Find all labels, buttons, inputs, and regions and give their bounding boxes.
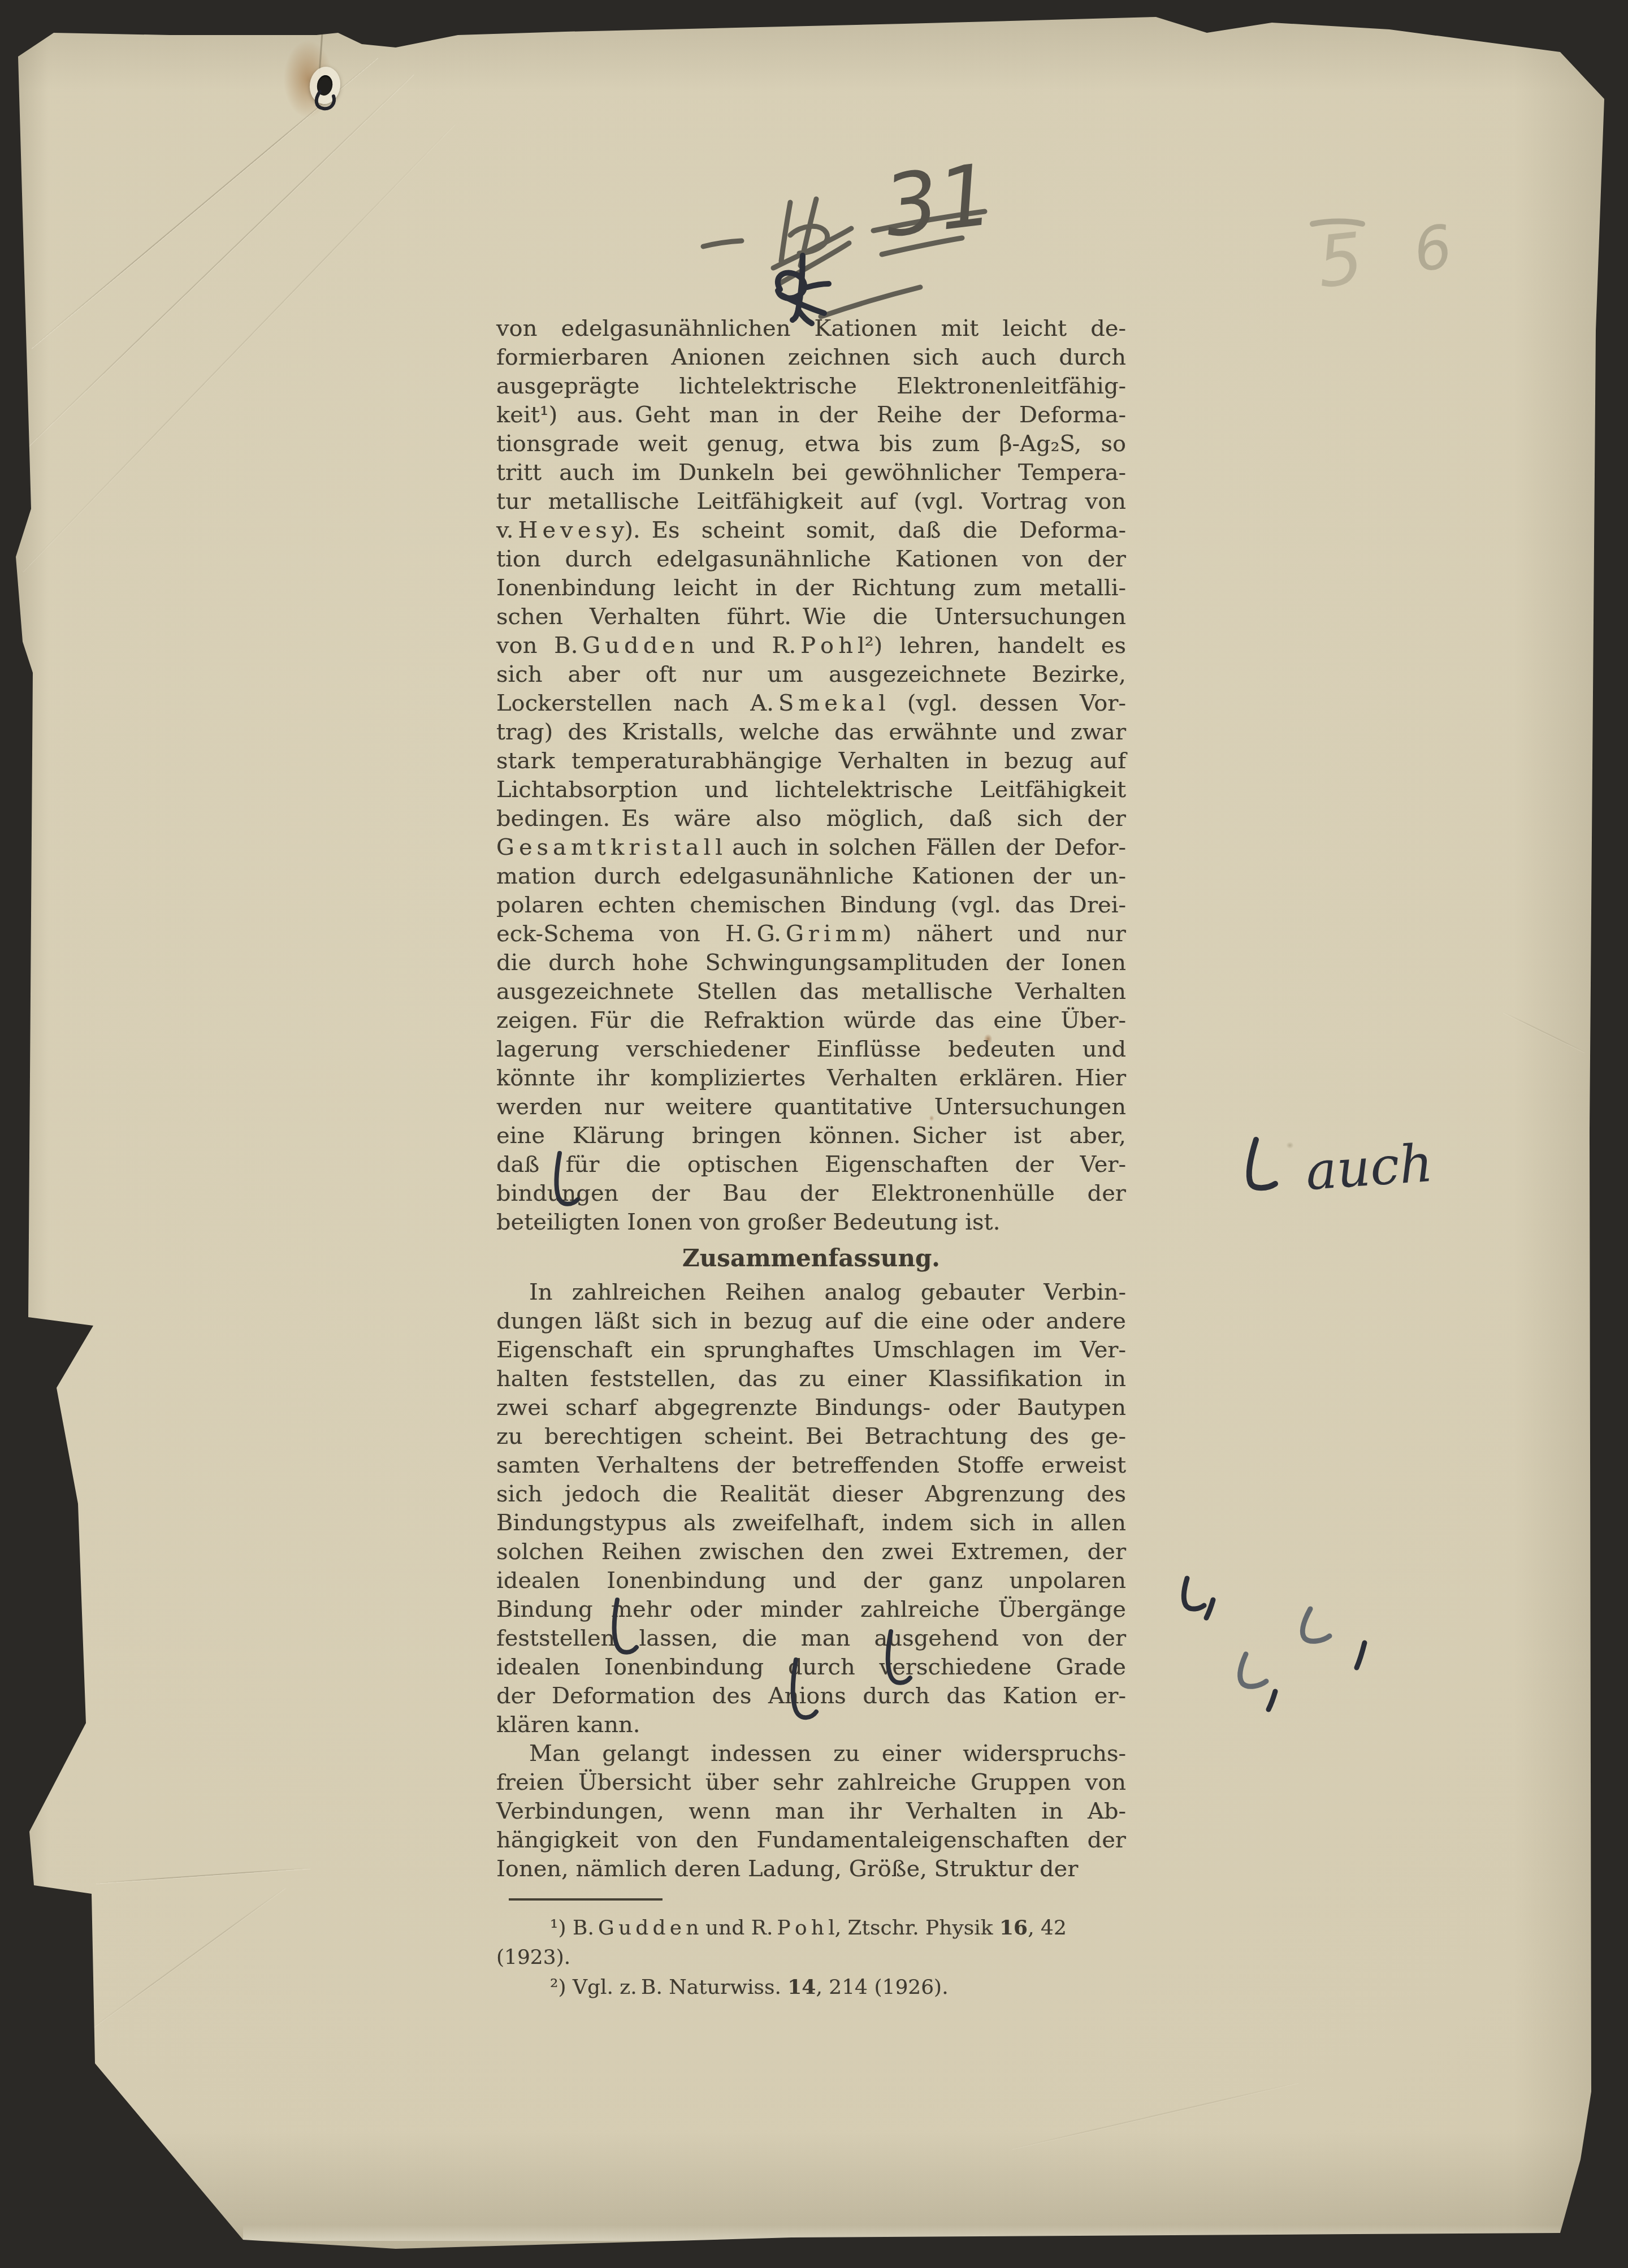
footnote-rule bbox=[509, 1898, 663, 1901]
body-line: Man gelangt indessen zu einer widerspruc… bbox=[496, 1739, 1126, 1768]
margin-caret-icon bbox=[1302, 1609, 1330, 1641]
footnotes: ¹) B. G u d d e n und R. P o h l, Ztschr… bbox=[496, 1913, 1126, 2002]
body-line: schen Verhalten führt. Wie die Untersuch… bbox=[496, 603, 1126, 631]
footnote-2-pages: , 214 (1926). bbox=[816, 1976, 948, 1999]
body-line: halten feststellen, das zu einer Klassif… bbox=[496, 1365, 1126, 1393]
body-line: daß für die optischen Eigenschaften der … bbox=[496, 1150, 1126, 1179]
body-line: formierbaren Anionen zeichnen sich auch … bbox=[496, 343, 1126, 372]
body-line: ausgezeichnete Stellen das metallische V… bbox=[496, 977, 1126, 1006]
handwritten-page-number: 31 bbox=[879, 146, 998, 257]
body-line: idealen Ionenbindung durch verschiedene … bbox=[496, 1653, 1126, 1682]
body-line: idealen Ionenbindung und der ganz unpola… bbox=[496, 1566, 1126, 1595]
bottom-edge-highlight bbox=[243, 2225, 1560, 2241]
body-line: zu berechtigen scheint. Bei Betrachtung … bbox=[496, 1422, 1126, 1451]
body-line: tion durch edelgasunähnliche Kationen vo… bbox=[496, 545, 1126, 574]
body-line: sich aber oft nur um ausgezeichnete Bezi… bbox=[496, 660, 1126, 689]
body-line: Verbindungen, wenn man ihr Verhalten in … bbox=[496, 1797, 1126, 1826]
body-line: solchen Reihen zwischen den zwei Extreme… bbox=[496, 1538, 1126, 1566]
faint-number-5: 5 bbox=[1314, 218, 1367, 304]
body-line: polaren echten chemischen Bindung (vgl. … bbox=[496, 891, 1126, 920]
body-line: freien Übersicht über sehr zahlreiche Gr… bbox=[496, 1768, 1126, 1797]
body-line: Bindungstypus als zweifelhaft, indem sic… bbox=[496, 1509, 1126, 1538]
section-heading: Zusammenfassung. bbox=[496, 1244, 1126, 1272]
margin-caret-icon bbox=[1249, 1140, 1275, 1188]
body-line: beteiligten Ionen von großer Bedeutung i… bbox=[496, 1208, 1126, 1237]
crease-line bbox=[1012, 2082, 1298, 2149]
faint-number-6: 6 bbox=[1409, 212, 1456, 285]
body-line: Ionenbindung leicht in der Richtung zum … bbox=[496, 574, 1126, 603]
comma-mark-icon bbox=[1268, 1691, 1275, 1709]
body-line: samten Verhaltens der betreffenden Stoff… bbox=[496, 1451, 1126, 1480]
body-line: lagerung verschiedener Einflüsse bedeute… bbox=[496, 1035, 1126, 1064]
body-line: werden nur weitere quantitative Untersuc… bbox=[496, 1093, 1126, 1122]
body-line: tionsgrade weit genug, etwa bis zum β-Ag… bbox=[496, 430, 1126, 458]
footnote-2: ²) Vgl. z. B. Naturwiss. 14, 214 (1926). bbox=[496, 1972, 1126, 2002]
margin-caret-icon bbox=[1184, 1578, 1204, 1609]
paragraph-c: Man gelangt indessen zu einer widerspruc… bbox=[496, 1739, 1126, 1884]
paper-sheet: von edelgasunähnlichen Kationen mit leic… bbox=[0, 0, 1628, 2268]
body-line: eck-Schema von H. G. G r i m m) nähert u… bbox=[496, 920, 1126, 949]
paragraph-b: In zahlreichen Reihen analog gebauter Ve… bbox=[496, 1278, 1126, 1739]
footnote-2-volume: 14 bbox=[787, 1975, 816, 1999]
body-line: hängigkeit von den Fundamentaleigenschaf… bbox=[496, 1826, 1126, 1855]
crease-line bbox=[1504, 1012, 1586, 1053]
crossed-out-scribble-pencil bbox=[703, 199, 851, 284]
body-line: Eigenschaft ein sprunghaftes Umschlagen … bbox=[496, 1336, 1126, 1365]
body-line: dungen läßt sich in bezug auf die eine o… bbox=[496, 1307, 1126, 1336]
body-line: von edelgasunähnlichen Kationen mit leic… bbox=[496, 314, 1126, 343]
body-line: der Deformation des Anions durch das Kat… bbox=[496, 1682, 1126, 1711]
body-text-column: von edelgasunähnlichen Kationen mit leic… bbox=[496, 314, 1126, 2002]
comma-mark-icon bbox=[1206, 1600, 1213, 1618]
footnote-1-volume: 16 bbox=[999, 1916, 1028, 1940]
page-number-underline bbox=[821, 211, 985, 317]
crease-line bbox=[93, 1887, 285, 2027]
paragraph-a: von edelgasunähnlichen Kationen mit leic… bbox=[496, 314, 1126, 1237]
crease-line bbox=[27, 73, 414, 447]
body-line: Ionen, nämlich deren Ladung, Größe, Stru… bbox=[496, 1855, 1126, 1884]
body-line: trag) des Kristalls, welche das erwähnte… bbox=[496, 718, 1126, 747]
footnote-1-text: ¹) B. G u d d e n und R. P o h l, Ztschr… bbox=[550, 1916, 999, 1940]
body-line: v. H e v e s y). Es scheint somit, daß d… bbox=[496, 516, 1126, 545]
body-line: Bindung mehr oder minder zahlreiche Über… bbox=[496, 1595, 1126, 1624]
body-line: G e s a m t k r i s t a l l auch in solc… bbox=[496, 833, 1126, 862]
body-line: Lichtabsorption und lichtelektrische Lei… bbox=[496, 776, 1126, 804]
body-line: eine Klärung bringen können. Sicher ist … bbox=[496, 1122, 1126, 1150]
comma-mark-icon bbox=[1357, 1643, 1365, 1668]
body-line: zeigen. Für die Refraktion würde das ein… bbox=[496, 1006, 1126, 1035]
body-line: von B. G u d d e n und R. P o h l²) lehr… bbox=[496, 631, 1126, 660]
body-line: könnte ihr kompliziertes Verhalten erklä… bbox=[496, 1064, 1126, 1093]
body-line: tur metallische Leitfähigkeit auf (vgl. … bbox=[496, 487, 1126, 516]
footnote-1-pages: , 42 bbox=[1028, 1916, 1067, 1940]
body-line: stark temperaturabhängige Verhalten in b… bbox=[496, 747, 1126, 776]
body-line: sich jedoch die Realität dieser Abgrenzu… bbox=[496, 1480, 1126, 1509]
body-line: ausgeprägte lichtelektrische Elektronenl… bbox=[496, 372, 1126, 401]
footnote-1: ¹) B. G u d d e n und R. P o h l, Ztschr… bbox=[496, 1913, 1126, 1943]
body-line: die durch hohe Schwingungsamplituden der… bbox=[496, 949, 1126, 977]
footnote-1-continuation: (1923). bbox=[496, 1943, 1126, 1972]
body-line: klären kann. bbox=[496, 1711, 1126, 1739]
body-line: In zahlreichen Reihen analog gebauter Ve… bbox=[496, 1278, 1126, 1307]
smudge-stroke bbox=[1313, 222, 1362, 224]
margin-note-auch: auch bbox=[1304, 1133, 1435, 1202]
body-line: tritt auch im Dunkeln bei gewöhnlicher T… bbox=[496, 458, 1126, 487]
body-line: bedingen. Es wäre also möglich, daß sich… bbox=[496, 804, 1126, 833]
body-line: keit¹) aus. Geht man in der Reihe der De… bbox=[496, 401, 1126, 430]
body-line: Lockerstellen nach A. S m e k a l (vgl. … bbox=[496, 689, 1126, 718]
body-line: mation durch edelgasunähnliche Kationen … bbox=[496, 862, 1126, 891]
body-line: zwei scharf abgegrenzte Bindungs- oder B… bbox=[496, 1393, 1126, 1422]
crease-line bbox=[22, 124, 455, 572]
crossed-out-scribble-ink bbox=[778, 256, 829, 323]
margin-caret-icon bbox=[1240, 1654, 1266, 1686]
body-line: feststellen lassen, die man ausgehend vo… bbox=[496, 1624, 1126, 1653]
crease-line bbox=[96, 1867, 310, 1884]
footnote-2-text: ²) Vgl. z. B. Naturwiss. bbox=[550, 1976, 787, 1999]
body-line: bindungen der Bau der Elektronenhülle de… bbox=[496, 1179, 1126, 1208]
